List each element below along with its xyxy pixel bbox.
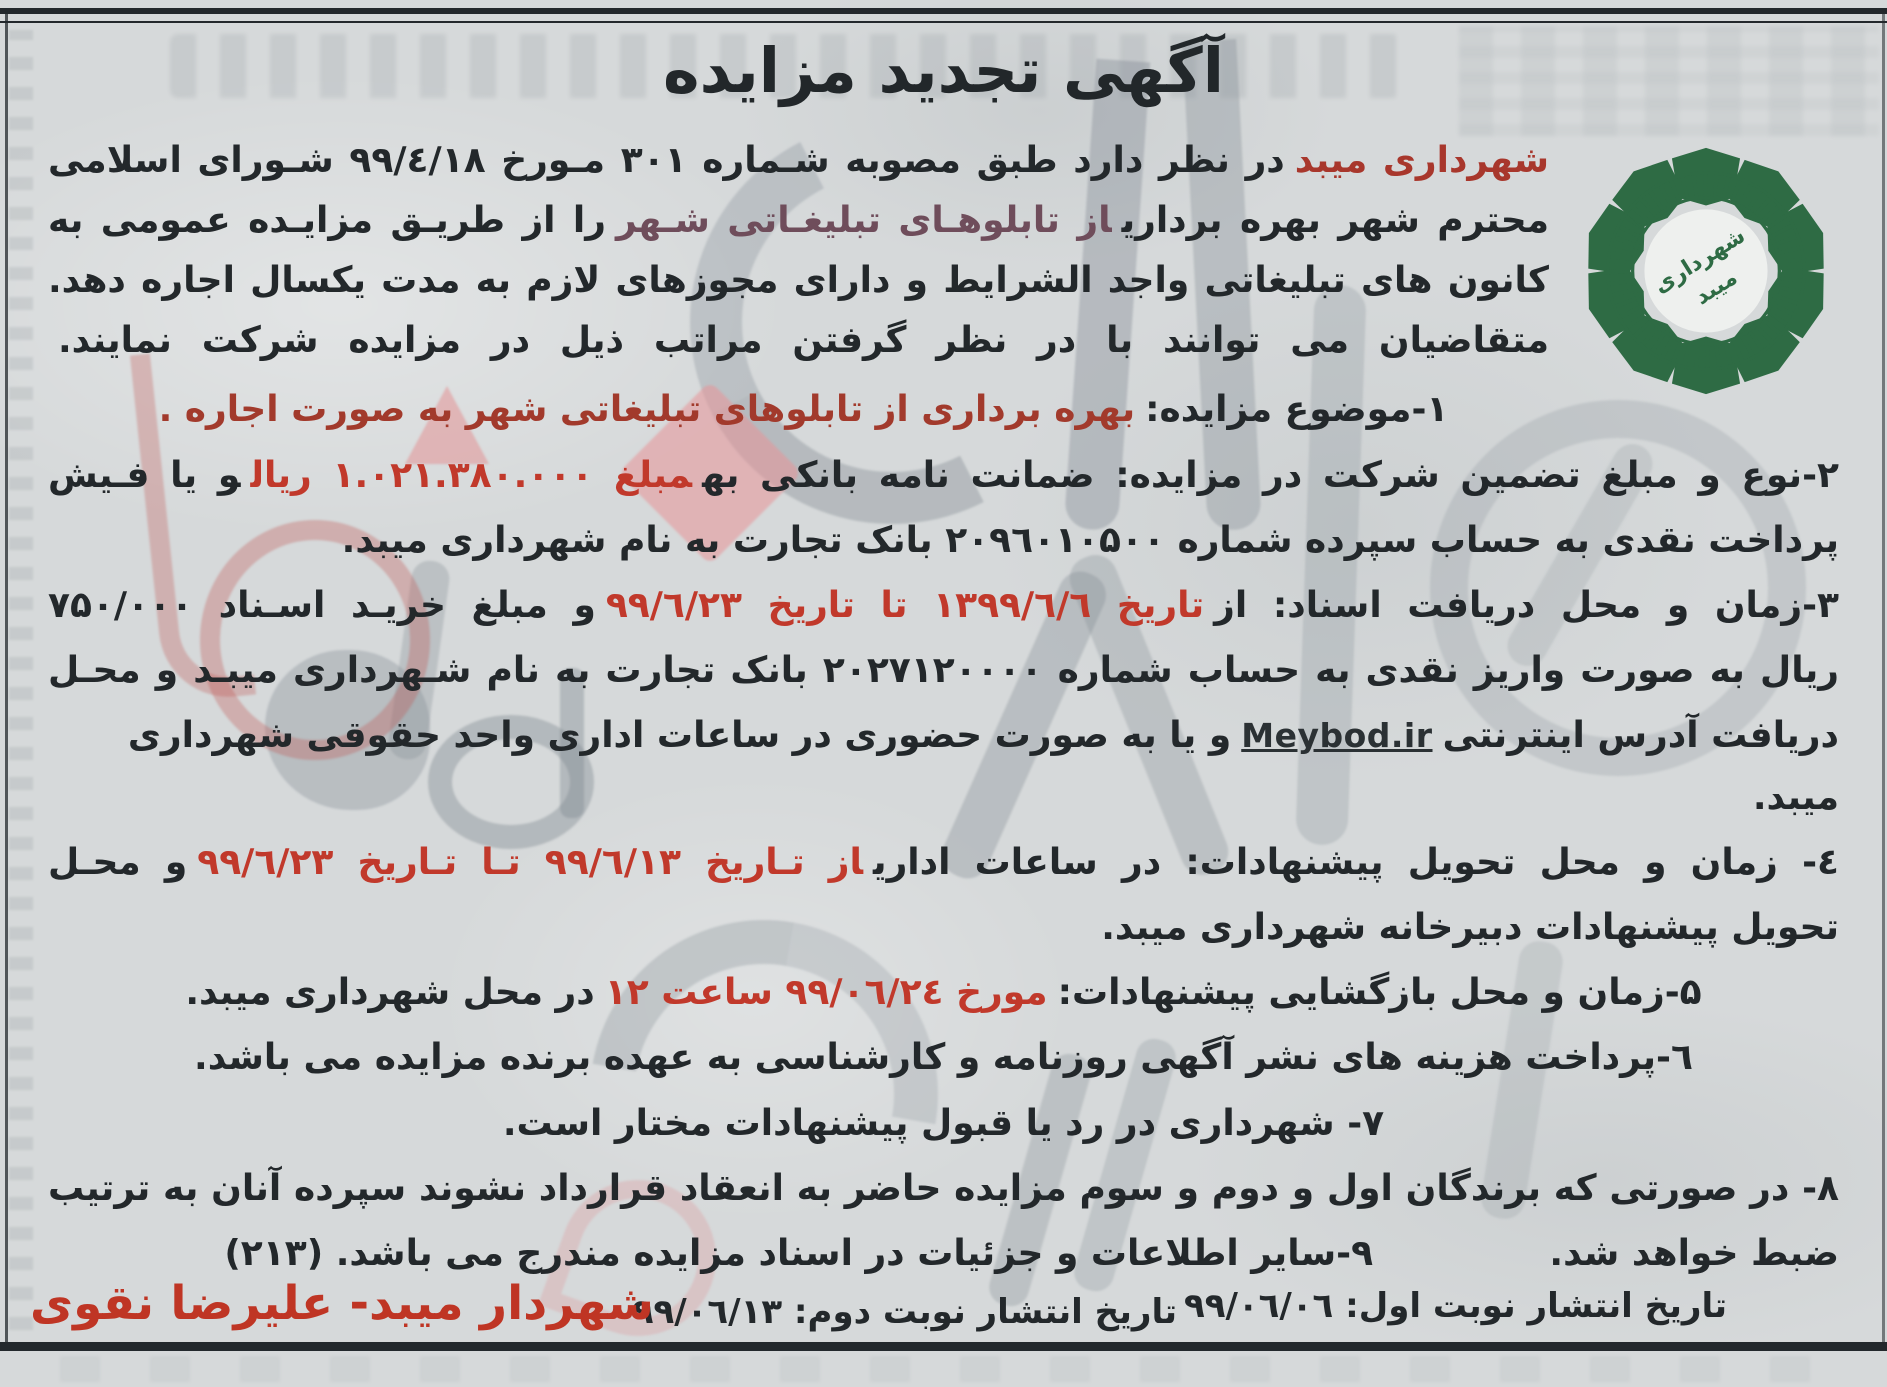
item-2-text-c: و یا فـیش [48,455,240,496]
top-border-thin [0,21,1887,23]
municipality-name: شهرداری میبد [1295,140,1549,181]
item-2-text-a: ۲-نوع و مبلغ تضمین شرکت در مزایده: ضمانت… [702,455,1839,496]
item-2-line-2: پرداخت نقدی به حساب سپرده شماره ۲۰۹٦۰۱۰۵… [48,510,1839,571]
item-8-line-1: ۸- در صورتی که برندگان اول و دوم و سوم م… [48,1158,1839,1219]
item-8-9-row: ضبط خواهد شد. ۹-سایر اطلاعات و جزئیات در… [48,1223,1839,1284]
item-2-line-1: ۲-نوع و مبلغ تضمین شرکت در مزایده: ضمانت… [48,445,1839,506]
left-border [5,8,8,1342]
item-6: ٦-پرداخت هزینه های نشر آگهی روزنامه و کا… [48,1027,1839,1088]
right-border [1882,8,1885,1342]
item-4-dates: از تـاریخ ۹۹/٦/۱۳ تـا تـاریخ ۹۹/٦/۲۳ [197,842,863,883]
item-4-line-2: تحویل پیشنهادات دبیرخانه شهرداری میبد. [48,897,1839,958]
item-3-dates: تاریخ ۱۳۹۹/٦/٦ تا تاریخ ۹۹/٦/۲۳ [606,585,1204,626]
bottom-border [0,1342,1887,1351]
item-1-value: بهره برداری از تابلوهای تبلیغاتی شهر به … [159,389,1136,430]
item-5-datetime: مورخ ۹۹/۰٦/۲٤ ساعت ۱۲ [605,972,1048,1013]
item-4-line-1: ٤- زمان و محل تحویل پیشنهادات: در ساعات … [48,832,1839,893]
intro-boards-phrase: از تابلوهـای تبلیغـاتی شـهر [616,200,1112,241]
item-3-line-2: ریال به صورت واریز نقدی به حساب شماره ۲۰… [48,640,1839,701]
page-title: آگهی تجدید مزایده [48,34,1839,107]
municipality-logo: شهرداری میبد [1575,137,1837,405]
first-publication-date: تاریخ انتشار نوبت اول: ۹۹/۰٦/۰٦ [1184,1286,1727,1326]
municipality-logo-graphic: شهرداری میبد [1575,137,1837,405]
item-3-text-c: و مبلغ خریـد اسـناد ۷۵۰/۰۰۰ [48,585,596,626]
second-publication-date: تاریخ انتشار نوبت دوم: ۹۹/۰٦/۱۳ [633,1292,1177,1332]
website-url: Meybod.ir [1241,716,1432,755]
item-4-text-c: و محـل [48,842,187,883]
item-3-line-3: دریافت آدرس اینترنتیMeybod.irو یا به صور… [48,705,1839,827]
item-5-text-a: ۵-زمان و محل بازگشایی پیشنهادات: [1058,972,1702,1013]
item-3-text-d: دریافت آدرس اینترنتی [1443,715,1839,756]
auction-notice: آگهی تجدید مزایده شهرداری میبد [48,30,1839,1288]
item-3-text-a: ۳-زمان و محل دریافت اسناد: از [1214,585,1839,626]
item-7: ۷- شهرداری در رد یا قبول پیشنهادات مختار… [48,1093,1839,1154]
top-border-thick [0,8,1887,14]
ghost-left-column [9,30,33,1330]
mayor-signature: شهردار میبد- علیرضا نقوی [30,1276,654,1331]
item-2-amount: مبلغ ۱.۰۲۱.۳۸۰.۰۰۰ ریال [250,455,692,496]
item-9: ۹-سایر اطلاعات و جزئیات در اسناد مزایده … [48,1223,1549,1284]
item-3-line-1: ۳-زمان و محل دریافت اسناد: ازتاریخ ۱۳۹۹/… [48,575,1839,636]
item-1-label: ۱-موضوع مزایده: [1145,389,1448,430]
item-1: ۱-موضوع مزایده:بهره برداری از تابلوهای ت… [48,379,1839,440]
item-8-tail: ضبط خواهد شد. [1549,1223,1839,1284]
item-5: ۵-زمان و محل بازگشایی پیشنهادات:مورخ ۹۹/… [48,962,1839,1023]
item-5-text-c: در محل شهرداری میبد. [185,972,594,1013]
ghost-bottom-strip [60,1356,1820,1382]
intro-paragraph: شهرداری میبددر نظر دارد طبق مصوبه شـماره… [48,131,1839,371]
item-4-text-a: ٤- زمان و محل تحویل پیشنهادات: در ساعات … [873,842,1839,883]
newspaper-page: { "colors": { "accent_red": "#c1392b", "… [0,0,1887,1387]
